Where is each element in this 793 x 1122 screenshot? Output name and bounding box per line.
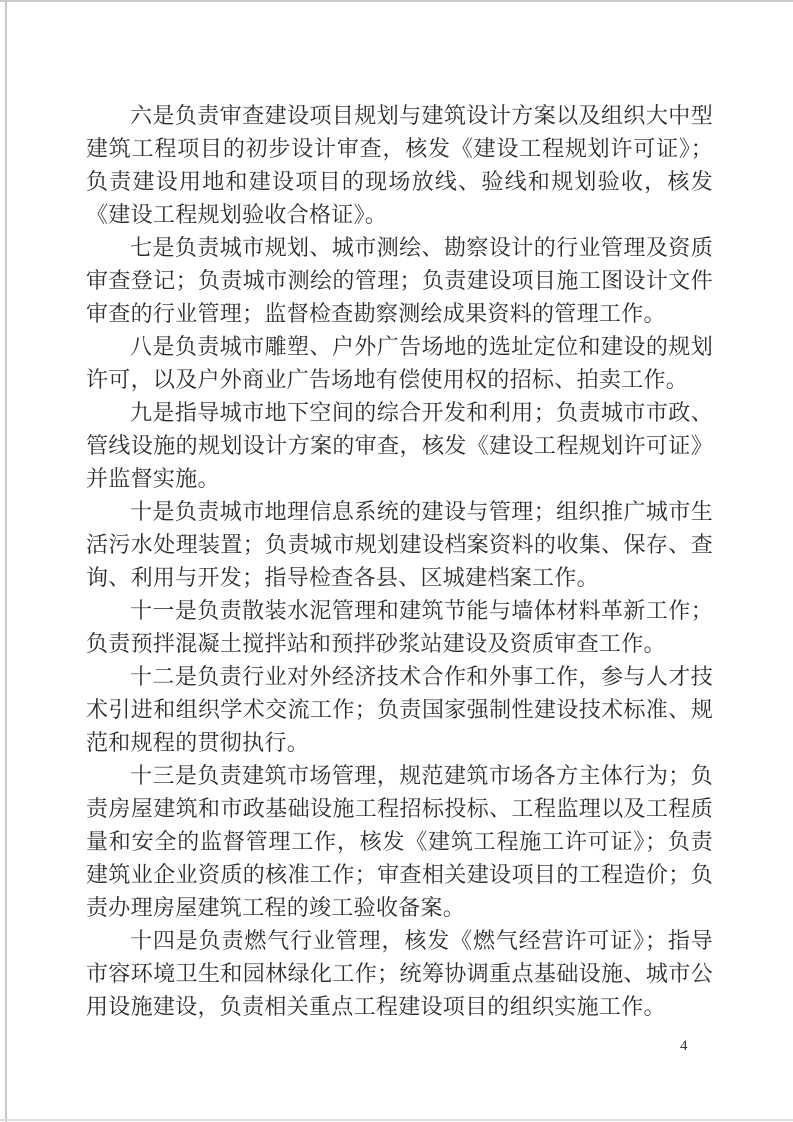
scan-edge-top — [0, 0, 793, 2]
paragraph-item-8: 八是负责城市雕塑、户外广告场地的选址定位和建设的规划许可，以及户外商业广告场地有… — [86, 330, 713, 396]
paragraph-item-7: 七是负责城市规划、城市测绘、勘察设计的行业管理及资质审查登记；负责城市测绘的管理… — [86, 231, 713, 330]
paragraph-item-9: 九是指导城市地下空间的综合开发和利用；负责城市市政、管线设施的规划设计方案的审查… — [86, 396, 713, 495]
paragraph-item-14: 十四是负责燃气行业管理，核发《燃气经营许可证》；指导市容环境卫生和园林绿化工作；… — [86, 924, 713, 1023]
scan-edge-left — [5, 0, 7, 1122]
document-body: 六是负责审查建设项目规划与建筑设计方案以及组织大中型建筑工程项目的初步设计审查，… — [86, 99, 713, 1023]
paragraph-item-11: 十一是负责散装水泥管理和建筑节能与墙体材料革新工作；负责预拌混凝土搅拌站和预拌砂… — [86, 594, 713, 660]
paragraph-item-13: 十三是负责建筑市场管理，规范建筑市场各方主体行为；负责房屋建筑和市政基础设施工程… — [86, 759, 713, 924]
document-page: 六是负责审查建设项目规划与建筑设计方案以及组织大中型建筑工程项目的初步设计审查，… — [0, 0, 793, 1122]
paragraph-item-6: 六是负责审查建设项目规划与建筑设计方案以及组织大中型建筑工程项目的初步设计审查，… — [86, 99, 713, 231]
paragraph-item-12: 十二是负责行业对外经济技术合作和外事工作，参与人才技术引进和组织学术交流工作；负… — [86, 660, 713, 759]
paragraph-item-10: 十是负责城市地理信息系统的建设与管理；组织推广城市生活污水处理装置；负责城市规划… — [86, 495, 713, 594]
scan-edge-bottom — [0, 1119, 793, 1121]
page-number: 4 — [680, 1038, 688, 1055]
